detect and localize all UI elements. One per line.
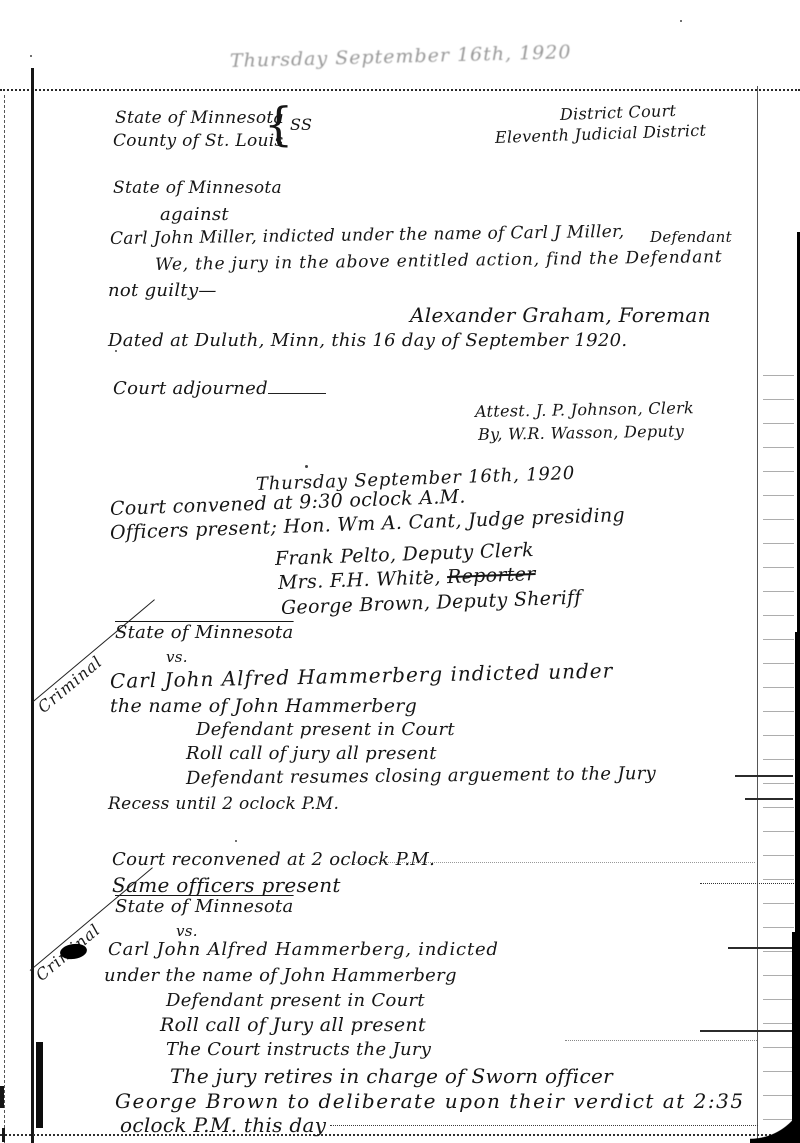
hammerberg-m-recess: Recess until 2 oclock P.M. — [108, 796, 339, 813]
right-margin-ruling — [763, 352, 794, 1133]
hammerberg-a-state: State of Minnesota — [115, 898, 294, 916]
hammerberg-m-entry-1: Defendant present in Court — [196, 721, 455, 739]
attest-clerk-line: Attest. J. P. Johnson, Clerk — [475, 400, 694, 420]
trailing-dotted-flourish — [330, 1125, 758, 1126]
scan-speck — [305, 465, 308, 468]
ledger-dash — [745, 798, 793, 800]
hammerberg-m-vs: vs. — [166, 650, 188, 665]
afternoon-reconvened: Court reconvened at 2 oclock P.M. — [112, 851, 435, 869]
hammerberg-m-state: State of Minnesota — [115, 624, 294, 642]
scan-corner-curve — [750, 1081, 800, 1143]
venue-county: County of St. Louis — [113, 133, 284, 150]
scan-speck — [235, 840, 237, 842]
venue-ss: SS — [290, 117, 312, 133]
left-binding-thick-mark — [36, 1042, 43, 1128]
hammerberg-a-entry-1: Defendant present in Court — [166, 992, 425, 1010]
scan-edge-band — [795, 632, 800, 932]
hammerberg-a-entry-3: The Court instructs the Jury — [166, 1041, 431, 1059]
top-horizontal-rule — [0, 89, 800, 91]
attest-deputy-line: By, W.R. Wasson, Deputy — [478, 423, 684, 443]
left-edge-line — [4, 95, 5, 1143]
officer-reporter-struck-title: Reporter — [447, 563, 536, 588]
right-margin-rule — [757, 86, 758, 1143]
miller-against: against — [160, 206, 229, 224]
hammerberg-a-entry-5: George Brown to deliberate upon their ve… — [115, 1091, 745, 1111]
officer-deputy-sheriff: George Brown, Deputy Sheriff — [281, 589, 582, 618]
venue-district: Eleventh Judicial District — [495, 123, 707, 146]
officer-reporter-name: Mrs. F.H. White, — [278, 566, 448, 594]
hammerberg-a-entry-2: Roll call of Jury all present — [160, 1016, 426, 1035]
afternoon-same-officers: Same officers present — [112, 875, 341, 895]
miller-foreman-signature: Alexander Graham, Foreman — [410, 305, 711, 325]
miller-dated-line: Dated at Duluth, Minn, this 16 day of Se… — [108, 332, 627, 350]
miller-defendant-label: Defendant — [650, 230, 732, 245]
scan-speck — [680, 20, 682, 22]
hammerberg-a-entry-4: The jury retires in charge of Sworn offi… — [170, 1066, 613, 1086]
venue-court: District Court — [560, 103, 677, 123]
left-binding-line — [31, 68, 34, 1143]
hammerberg-m-title-2: the name of John Hammerberg — [110, 697, 417, 716]
running-head-date: Thursday September 16th, 1920 — [230, 43, 572, 71]
margin-label-criminal: Criminal — [34, 652, 106, 717]
ledger-dash — [728, 947, 794, 949]
scan-speck — [30, 55, 32, 57]
miller-defendant-line: Carl John Miller, indicted under the nam… — [110, 224, 625, 248]
hammerberg-a-title-2: under the name of John Hammerberg — [104, 967, 457, 985]
faint-guideline — [565, 1040, 757, 1041]
miller-verdict-line-2: not guilty— — [108, 282, 217, 300]
miller-verdict-line-1: We, the jury in the above entitled actio… — [155, 249, 723, 274]
miller-caption-state: State of Minnesota — [113, 180, 282, 197]
hammerberg-a-entry-6: oclock P.M. this day — [120, 1115, 326, 1135]
court-adjourned-line: Court adjourned — [113, 380, 326, 398]
hammerberg-a-title-1: Carl John Alfred Hammerberg, indicted — [108, 941, 499, 959]
ledger-dash — [700, 1030, 794, 1032]
left-edge-mark — [0, 1086, 4, 1108]
underline-flourish — [268, 389, 326, 394]
hammerberg-a-vs: vs. — [176, 924, 198, 939]
ledger-dash — [735, 775, 793, 777]
ledger-page-scan: Thursday September 16th, 1920 State of M… — [0, 0, 800, 1143]
ledger-dash — [700, 883, 794, 884]
court-adjourned-text: Court adjourned — [113, 378, 268, 399]
venue-state: State of Minnesota — [115, 110, 284, 127]
hammerberg-m-entry-2: Roll call of jury all present — [186, 745, 437, 763]
hammerberg-m-entry-3: Defendant resumes closing arguement to t… — [186, 765, 656, 788]
